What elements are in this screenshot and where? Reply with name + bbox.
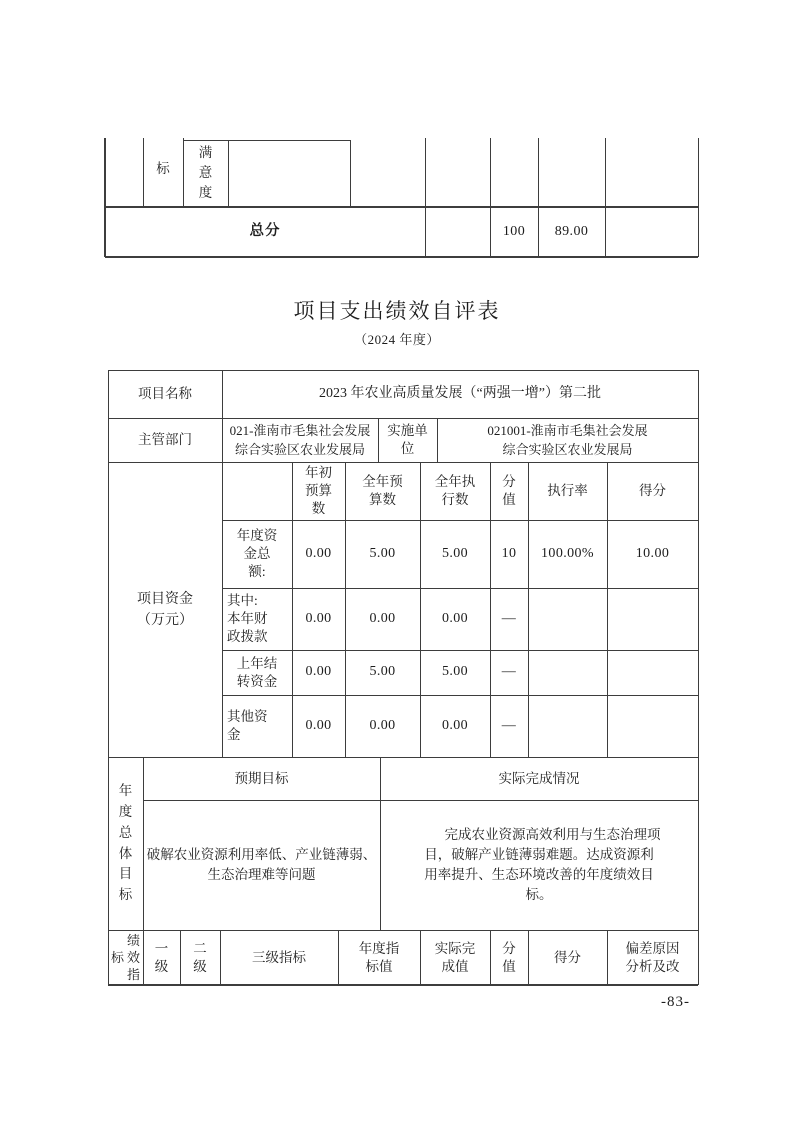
indicator-header-level1: 一 级 xyxy=(143,930,180,985)
funds-cell: 10.00 xyxy=(607,520,698,588)
funds-row-label: 年度资 金总 额: xyxy=(222,520,292,588)
project-name-label: 项目名称 xyxy=(108,370,222,418)
funds-cell: 0.00 xyxy=(420,695,490,757)
indicator-header-points: 分 值 xyxy=(490,930,528,985)
expected-goal-text: 破解农业资源利用率低、产业链薄弱、 生态治理难等问题 xyxy=(143,800,380,930)
indicator-header-level2: 二 级 xyxy=(180,930,220,985)
document-page: 标 满 意 度 总分 100 89.00 项目支出绩效自评表 （2024 年度）… xyxy=(0,0,794,1122)
grid-line xyxy=(350,140,351,207)
funds-side-label: 项目资金 （万元） xyxy=(108,462,222,757)
satisfaction-label: 满 意 度 xyxy=(183,140,228,207)
funds-cell: 0.00 xyxy=(345,695,420,757)
funds-header-points: 分 值 xyxy=(490,462,528,520)
grid-line xyxy=(698,370,699,985)
page-title: 项目支出绩效自评表 xyxy=(0,295,794,325)
grid-line xyxy=(605,138,606,257)
grid-line xyxy=(698,138,699,257)
indicator-label-fragment: 标 xyxy=(143,138,183,200)
department-value: 021-淮南市毛集社会发展 综合实验区农业发展局 xyxy=(222,418,378,462)
unit-label: 实施单 位 xyxy=(378,418,437,462)
funds-header-initial-budget: 年初 预算 数 xyxy=(292,462,345,520)
funds-cell: 100.00% xyxy=(528,520,607,588)
funds-header-rate: 执行率 xyxy=(528,462,607,520)
actual-completion-text: 完成农业资源高效利用与生态治理项 目，破解产业链薄弱难题。达成资源利 用率提升、… xyxy=(380,800,698,930)
grid-line xyxy=(425,138,426,257)
expected-goal-header: 预期目标 xyxy=(143,757,380,800)
funds-cell: — xyxy=(490,588,528,650)
grid-line xyxy=(228,140,229,207)
funds-row-label: 其中: 本年财 政拨款 xyxy=(222,588,292,650)
total-score-label: 总分 xyxy=(105,207,425,257)
funds-cell: 0.00 xyxy=(292,695,345,757)
actual-completion-header: 实际完成情况 xyxy=(380,757,698,800)
unit-value: 021001-淮南市毛集社会发展 综合实验区农业发展局 xyxy=(437,418,698,462)
funds-header-annual-budget: 全年预 算数 xyxy=(345,462,420,520)
funds-header-executed: 全年执 行数 xyxy=(420,462,490,520)
performance-indicator-side-label-main: 绩 效 指 xyxy=(126,930,142,985)
funds-row-label: 上年结 转资金 xyxy=(222,650,292,695)
funds-header-score: 得分 xyxy=(607,462,698,520)
indicator-header-target: 年度指 标值 xyxy=(338,930,420,985)
indicator-header-score: 得分 xyxy=(528,930,607,985)
funds-cell: 0.00 xyxy=(292,650,345,695)
funds-cell: 5.00 xyxy=(420,650,490,695)
funds-cell: 5.00 xyxy=(420,520,490,588)
funds-cell: 0.00 xyxy=(292,588,345,650)
page-subtitle: （2024 年度） xyxy=(0,329,794,348)
department-label: 主管部门 xyxy=(108,418,222,462)
total-score-value: 89.00 xyxy=(538,207,605,257)
funds-cell: 5.00 xyxy=(345,650,420,695)
annual-goals-side-label: 年 度 总 体 目 标 xyxy=(108,757,143,930)
funds-row-label: 其他资 金 xyxy=(222,695,292,757)
project-name-value: 2023 年农业高质量发展（“两强一增”）第二批 xyxy=(222,370,698,418)
funds-cell: 10 xyxy=(490,520,528,588)
funds-cell: 5.00 xyxy=(345,520,420,588)
performance-indicator-side-label-wrap: 标 xyxy=(110,930,126,985)
indicator-header-level3: 三级指标 xyxy=(220,930,338,985)
funds-cell: 0.00 xyxy=(292,520,345,588)
funds-cell: — xyxy=(490,695,528,757)
performance-indicator-side-label: 标 绩 效 指 xyxy=(108,930,143,985)
page-number: -83- xyxy=(520,994,690,1011)
funds-cell: 0.00 xyxy=(345,588,420,650)
indicator-header-actual: 实际完 成值 xyxy=(420,930,490,985)
funds-cell: — xyxy=(490,650,528,695)
indicator-header-deviation: 偏差原因 分析及改 xyxy=(607,930,698,985)
total-points-value: 100 xyxy=(490,207,538,257)
funds-cell: 0.00 xyxy=(420,588,490,650)
